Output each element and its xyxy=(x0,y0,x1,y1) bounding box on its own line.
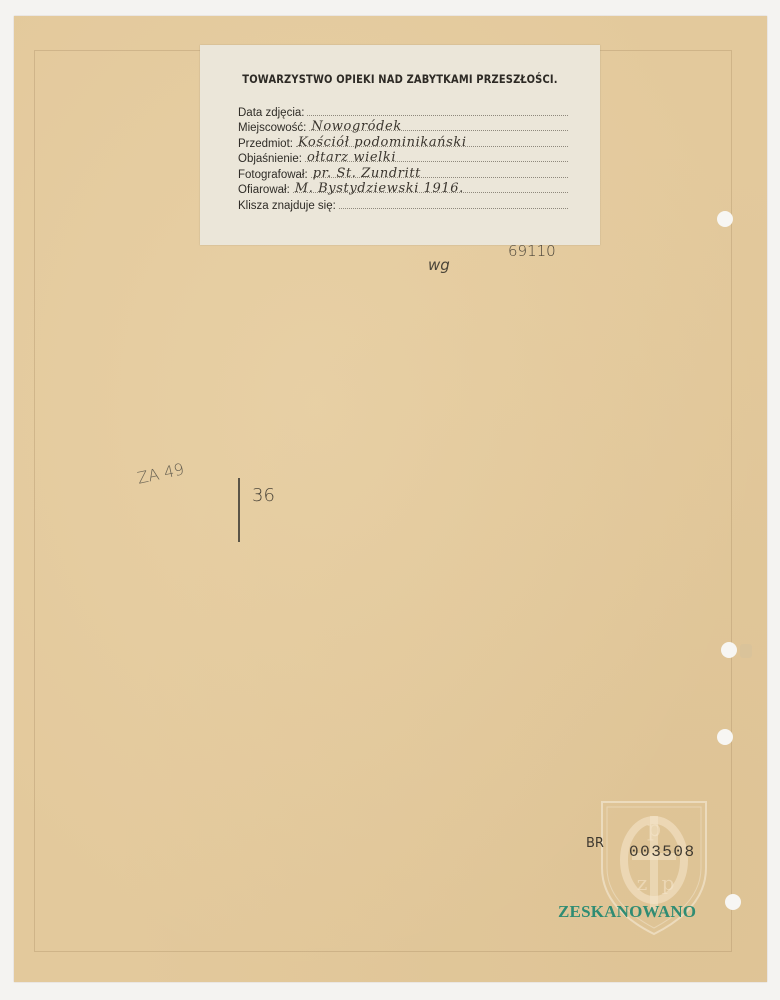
punch-hole xyxy=(717,729,733,745)
svg-text:p: p xyxy=(647,817,661,842)
label-title: TOWARZYSTWO OPIEKI NAD ZABYTKAMI PRZESZŁ… xyxy=(228,72,572,86)
handwritten-note-wg: wg xyxy=(428,256,450,274)
field-photographer: Fotografował: pr. St. Zundritt xyxy=(238,165,568,181)
field-value: M. Bystydziewski 1916. xyxy=(295,181,464,196)
field-value: Nowogródek xyxy=(311,119,401,134)
field-label: Fotografował: xyxy=(238,169,311,181)
field-donor: Ofiarował: M. Bystydziewski 1916. xyxy=(238,181,568,197)
punch-hole xyxy=(721,642,737,658)
svg-text:z: z xyxy=(637,871,648,895)
inventory-number: 003508 xyxy=(629,843,696,861)
field-label: Ofiarował: xyxy=(238,184,293,196)
dotted-line xyxy=(339,208,568,209)
dotted-line: ołtarz wielki xyxy=(305,161,568,162)
stamp-br-label: BR xyxy=(586,836,604,851)
field-negative-location: Klisza znajduje się: xyxy=(238,196,568,212)
field-value: pr. St. Zundritt xyxy=(313,166,421,181)
scanned-stamp: ZESKANOWANO xyxy=(558,902,696,922)
punch-hole xyxy=(717,211,733,227)
dotted-line: M. Bystydziewski 1916. xyxy=(293,192,568,193)
dotted-line: pr. St. Zundritt xyxy=(311,177,568,178)
label-fields: Data zdjęcia: Miejscowość: Nowogródek Pr… xyxy=(238,103,568,212)
dotted-line: Kościół podominikański xyxy=(296,146,568,147)
field-label: Klisza znajduje się: xyxy=(238,200,339,212)
field-description: Objaśnienie: ołtarz wielki xyxy=(238,150,568,166)
field-label: Miejscowość: xyxy=(238,122,309,134)
punch-hole xyxy=(725,894,741,910)
society-label-card: TOWARZYSTWO OPIEKI NAD ZABYTKAMI PRZESZŁ… xyxy=(200,45,600,245)
handwritten-catalog-number: 69110 xyxy=(508,242,556,260)
dotted-line xyxy=(307,115,568,116)
field-label: Data zdjęcia: xyxy=(238,107,307,119)
field-photo-date: Data zdjęcia: xyxy=(238,103,568,119)
field-label: Przedmiot: xyxy=(238,138,296,150)
stain-mark xyxy=(740,644,752,658)
handwritten-divider-line xyxy=(238,478,240,542)
field-location: Miejscowość: Nowogródek xyxy=(238,119,568,135)
field-value: ołtarz wielki xyxy=(307,150,396,165)
handwritten-note-36: 36 xyxy=(252,485,275,506)
field-label: Objaśnienie: xyxy=(238,153,305,165)
field-subject: Przedmiot: Kościół podominikański xyxy=(238,134,568,150)
field-value: Kościół podominikański xyxy=(298,135,467,150)
svg-text:p: p xyxy=(662,871,675,895)
dotted-line: Nowogródek xyxy=(309,130,568,131)
